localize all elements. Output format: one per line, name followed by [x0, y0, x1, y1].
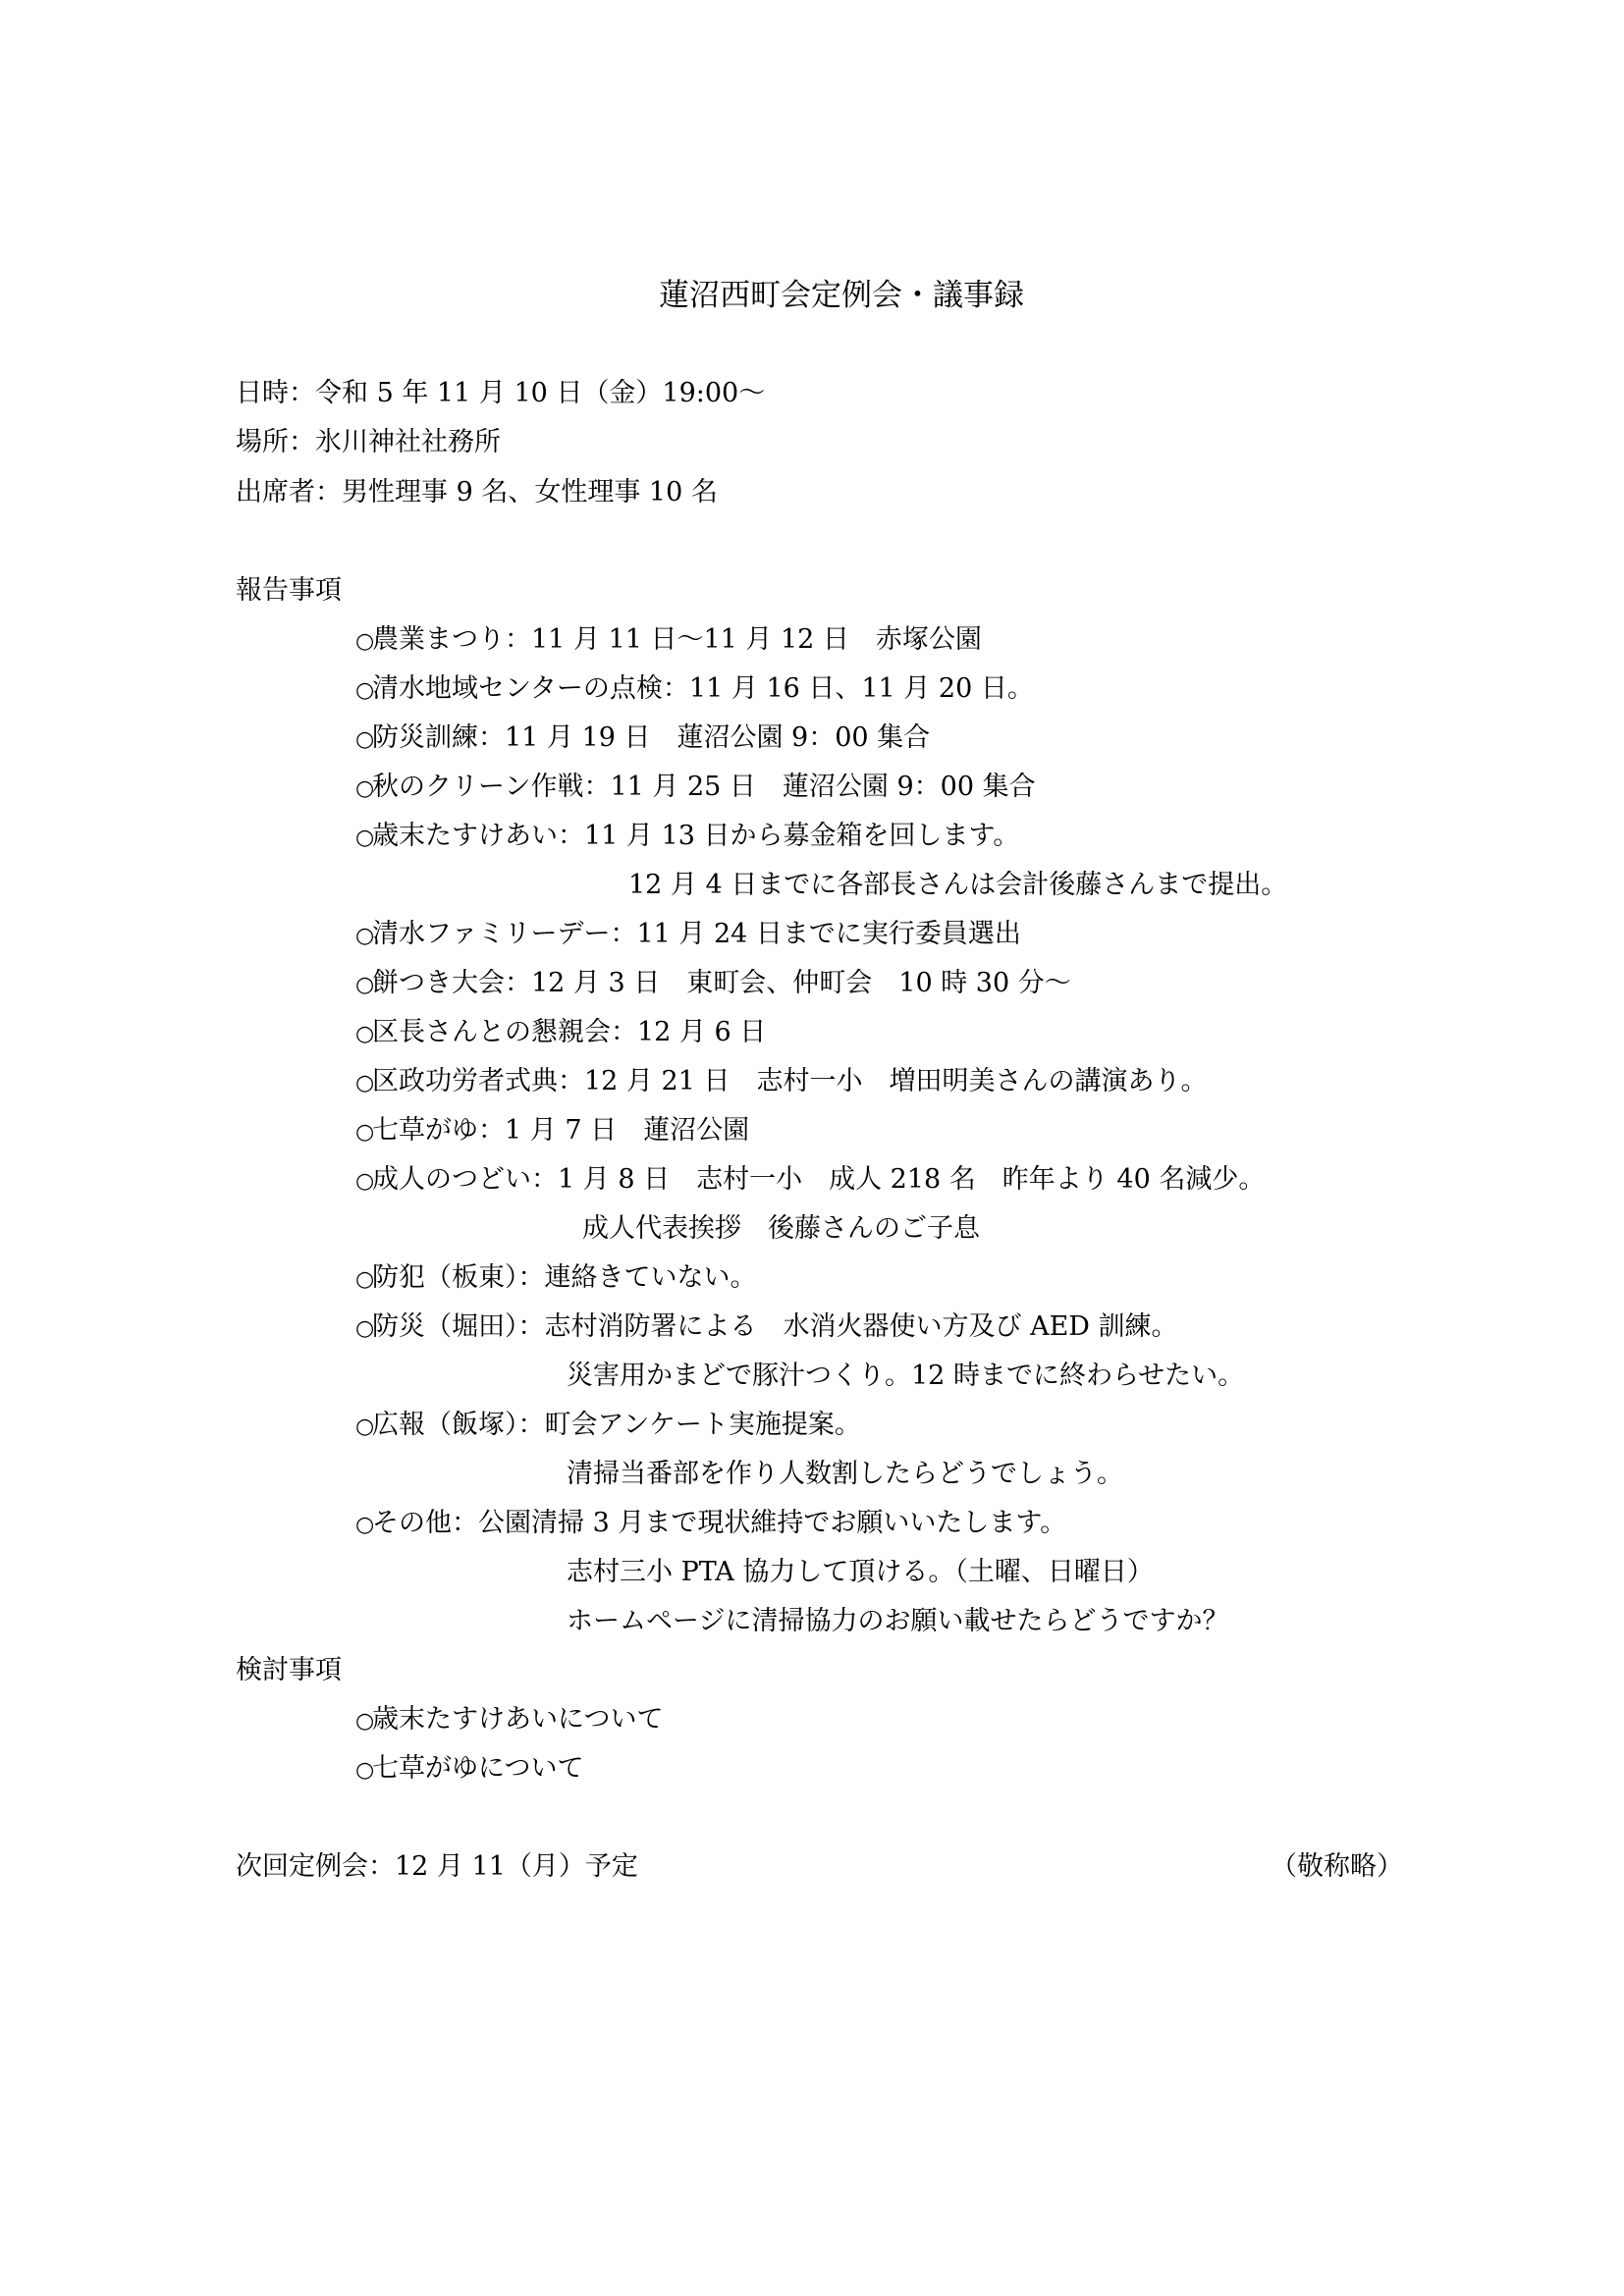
report-item: ○清水地域センターの点検：11 月 16 日、11 月 20 日。	[355, 671, 1034, 709]
honorifics-note: （敬称略）	[1271, 1849, 1403, 1885]
bullet-circle-icon: ○	[355, 919, 372, 954]
reports-heading: 報告事項	[236, 573, 342, 609]
report-item: ○区政功労者式典：12 月 21 日 志村一小 増田明美さんの講演あり。	[355, 1064, 1207, 1101]
discussion-item: ○歳末たすけあいについて	[355, 1702, 663, 1739]
report-item-text: 区政功労者式典：12 月 21 日 志村一小 増田明美さんの講演あり。	[372, 1066, 1207, 1096]
report-item: ○広報（飯塚）：町会アンケート実施提案。	[355, 1408, 861, 1445]
report-item: ○その他：公園清掃 3 月まで現状維持でお願いいたします。	[355, 1506, 1066, 1543]
report-item: ○成人のつどい：1 月 8 日 志村一小 成人 218 名 昨年より 40 名減…	[355, 1162, 1265, 1200]
bullet-circle-icon: ○	[355, 1311, 372, 1347]
report-item-text: 秋のクリーン作戦：11 月 25 日 蓮沼公園 9：00 集合	[372, 772, 1036, 802]
bullet-circle-icon: ○	[355, 821, 372, 856]
discussion-heading: 検討事項	[236, 1653, 342, 1688]
report-item-text: 歳末たすけあい：11 月 13 日から募金箱を回します。	[372, 821, 1019, 851]
bullet-circle-icon: ○	[355, 1017, 372, 1052]
meeting-place: 場所：氷川神社社務所	[236, 425, 501, 460]
bullet-circle-icon: ○	[355, 1164, 372, 1200]
report-item-continuation: 清掃当番部を作り人数割したらどうでしょう。	[567, 1457, 1123, 1492]
report-item: ○七草がゆ：1 月 7 日 蓮沼公園	[355, 1113, 749, 1150]
report-item: ○農業まつり：11 月 11 日～11 月 12 日 赤塚公園	[355, 622, 982, 660]
report-item-continuation: 災害用かまどで豚汁つくり。12 時までに終わらせたい。	[567, 1359, 1244, 1394]
next-meeting: 次回定例会：12 月 11（月）予定	[236, 1849, 638, 1885]
bullet-circle-icon: ○	[355, 624, 372, 660]
report-item-text: 防犯（板東）：連絡きていない。	[372, 1262, 757, 1293]
report-item-continuation: 成人代表挨拶 後藤さんのご子息	[582, 1211, 980, 1247]
report-item: ○秋のクリーン作戦：11 月 25 日 蓮沼公園 9：00 集合	[355, 770, 1036, 807]
report-item-continuation: ホームページに清掃協力のお願い載せたらどうですか？	[567, 1604, 1228, 1639]
report-item-text: 防災（堀田）：志村消防署による 水消火器使い方及び AED 訓練。	[372, 1311, 1178, 1342]
report-item: ○区長さんとの懇親会：12 月 6 日	[355, 1015, 766, 1052]
bullet-circle-icon: ○	[355, 1410, 372, 1445]
bullet-circle-icon: ○	[355, 1704, 372, 1739]
meeting-datetime: 日時：令和 5 年 11 月 10 日（金）19:00～	[236, 376, 765, 411]
bullet-circle-icon: ○	[355, 722, 372, 758]
bullet-circle-icon: ○	[355, 1262, 372, 1298]
report-item-text: 成人のつどい：1 月 8 日 志村一小 成人 218 名 昨年より 40 名減少…	[372, 1164, 1265, 1195]
report-item: ○防災（堀田）：志村消防署による 水消火器使い方及び AED 訓練。	[355, 1309, 1178, 1347]
report-item-text: 防災訓練：11 月 19 日 蓮沼公園 9：00 集合	[372, 722, 930, 753]
bullet-circle-icon: ○	[355, 673, 372, 709]
report-item: ○歳末たすけあい：11 月 13 日から募金箱を回します。	[355, 819, 1019, 856]
bullet-circle-icon: ○	[355, 1753, 372, 1789]
report-item-continuation: 志村三小 PTA 協力して頂ける。（土曜、日曜日）	[567, 1555, 1154, 1590]
bullet-circle-icon: ○	[355, 772, 372, 807]
report-item: ○防災訓練：11 月 19 日 蓮沼公園 9：00 集合	[355, 721, 930, 758]
document-page: 蓮沼西町会定例会・議事録 日時：令和 5 年 11 月 10 日（金）19:00…	[0, 0, 1624, 2296]
discussion-item: ○七草がゆについて	[355, 1751, 583, 1789]
bullet-circle-icon: ○	[355, 1508, 372, 1543]
report-item: ○餅つき大会：12 月 3 日 東町会、仲町会 10 時 30 分～	[355, 966, 1071, 1003]
meeting-attendees: 出席者：男性理事 9 名、女性理事 10 名	[236, 475, 718, 510]
report-item: ○防犯（板東）：連絡きていない。	[355, 1260, 757, 1298]
report-item-text: 七草がゆ：1 月 7 日 蓮沼公園	[372, 1115, 749, 1146]
report-item-text: 餅つき大会：12 月 3 日 東町会、仲町会 10 時 30 分～	[372, 968, 1071, 998]
discussion-item-text: 歳末たすけあいについて	[372, 1704, 663, 1735]
report-item-text: その他：公園清掃 3 月まで現状維持でお願いいたします。	[372, 1508, 1066, 1538]
report-item-continuation: 12 月 4 日までに各部長さんは会計後藤さんまで提出。	[628, 868, 1287, 903]
bullet-circle-icon: ○	[355, 1115, 372, 1150]
bullet-circle-icon: ○	[355, 1066, 372, 1101]
report-item-text: 農業まつり：11 月 11 日～11 月 12 日 赤塚公園	[372, 624, 982, 655]
bullet-circle-icon: ○	[355, 968, 372, 1003]
report-item-text: 清水地域センターの点検：11 月 16 日、11 月 20 日。	[372, 673, 1034, 704]
report-item-text: 広報（飯塚）：町会アンケート実施提案。	[372, 1410, 861, 1440]
report-item-text: 区長さんとの懇親会：12 月 6 日	[372, 1017, 766, 1047]
report-item: ○清水ファミリーデー：11 月 24 日までに実行委員選出	[355, 917, 1021, 954]
document-title: 蓮沼西町会定例会・議事録	[0, 276, 1624, 315]
report-item-text: 清水ファミリーデー：11 月 24 日までに実行委員選出	[372, 919, 1021, 949]
discussion-item-text: 七草がゆについて	[372, 1753, 583, 1784]
